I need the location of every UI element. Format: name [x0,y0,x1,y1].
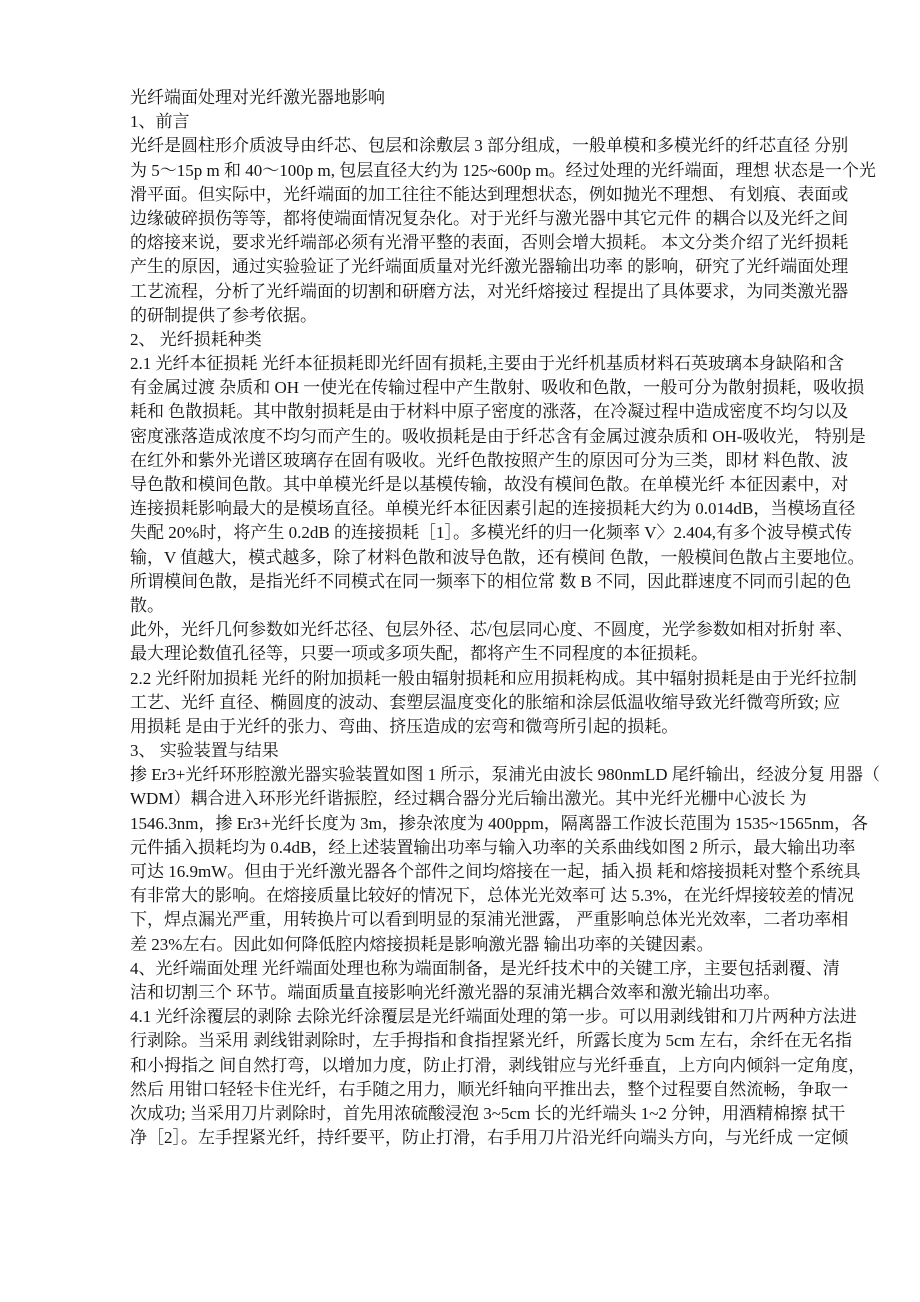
text-line-21: 所谓模间色散，是指光纤不同模式在同一频率下的相位常 数 B 不同，因此群速度不同… [130,570,800,594]
text-line-35: 下，焊点漏光严重，用转换片可以看到明显的泵浦光泄露， 严重影响总体光光效率，二者… [130,908,800,932]
text-line-5: 滑平面。但实际中，光纤端面的加工往往不能达到理想状态，例如抛光不理想、 有划痕、… [130,183,800,207]
text-line-25: 2.2 光纤附加损耗 光纤的附加损耗一般由辐射损耗和应用损耗构成。其中辐射损耗是… [130,667,800,691]
text-line-36: 差 23%左右。因此如何降低腔内熔接损耗是影响激光器 输出功率的关键因素。 [130,933,800,957]
text-line-44: 净［2］。左手捏紧光纤，持纤要平，防止打滑，右手用刀片沿光纤向端头方向，与光纤成… [130,1126,800,1150]
text-line-13: 有金属过渡 杂质和 OH 一使光在传输过程中产生散射、吸收和色散，一般可分为散射… [130,376,800,400]
text-line-12: 2.1 光纤本征损耗 光纤本征损耗即光纤固有损耗,主要由于光纤机基质材料石英玻璃… [130,352,800,376]
text-line-8: 产生的原因，通过实验验证了光纤端面质量对光纤激光器输出功率 的影响，研究了光纤端… [130,255,800,279]
text-line-7: 的熔接来说，要求光纤端部必须有光滑平整的表面，否则会增大损耗。 本文分类介绍了光… [130,231,800,255]
document-title: 光纤端面处理对光纤激光器地影响 [130,86,800,110]
text-line-20: 输，V 值越大，模式越多，除了材料色散和波导色散，还有模间 色散，一般模间色散占… [130,546,800,570]
text-line-22: 散。 [130,594,800,618]
text-line-9: 工艺流程，分析了光纤端面的切割和研磨方法，对光纤熔接过 程提出了具体要求，为同类… [130,280,800,304]
text-line-23: 此外，光纤几何参数如光纤芯径、包层外径、芯/包层同心度、不圆度，光学参数如相对折… [130,618,800,642]
text-line-39: 4.1 光纤涂覆层的剥除 去除光纤涂覆层是光纤端面处理的第一步。可以用剥线钳和刀… [130,1005,800,1029]
text-line-27: 用损耗 是由于光纤的张力、弯曲、挤压造成的宏弯和微弯所引起的损耗。 [130,715,800,739]
document-page: 光纤端面处理对光纤激光器地影响1、前言光纤是圆柱形介质波导由纤芯、包层和涂敷层 … [0,0,920,1302]
text-line-37: 4、光纤端面处理 光纤端面处理也称为端面制备，是光纤技术中的关键工序，主要包括剥… [130,957,800,981]
text-line-16: 在红外和紫外光谱区玻璃存在固有吸收。光纤色散按照产生的原因可分为三类，即材 料色… [130,449,800,473]
text-line-40: 行剥除。当采用 剥线钳剥除时，左手拇指和食指捏紧光纤，所露长度为 5cm 左右，… [130,1029,800,1053]
text-line-6: 边缘破碎损伤等等，都将使端面情况复杂化。对于光纤与激光器中其它元件 的耦合以及光… [130,207,800,231]
document-body: 光纤端面处理对光纤激光器地影响1、前言光纤是圆柱形介质波导由纤芯、包层和涂敷层 … [130,86,800,1150]
text-line-43: 次成功; 当采用刀片剥除时，首先用浓硫酸浸泡 3~5cm 长的光纤端头 1~2 … [130,1102,800,1126]
text-line-11: 2、 光纤损耗种类 [130,328,800,352]
text-line-4: 为 5〜15p m 和 40〜100p m, 包层直径大约为 125~600p … [130,159,800,183]
text-line-34: 有非常大的影响。在熔接质量比较好的情况下，总体光光效率可 达 5.3%，在光纤焊… [130,884,800,908]
text-line-10: 的研制提供了参考依据。 [130,304,800,328]
text-line-38: 洁和切割三个 环节。端面质量直接影响光纤激光器的泵浦光耦合效率和激光输出功率。 [130,981,800,1005]
text-line-18: 连接损耗影响最大的是模场直径。单模光纤本征因素引起的连接损耗大约为 0.014d… [130,497,800,521]
text-line-15: 密度涨落造成浓度不均匀而产生的。吸收损耗是由于纤芯含有金属过渡杂质和 OH-吸收… [130,425,800,449]
text-line-42: 然后 用钳口轻轻卡住光纤，右手随之用力，顺光纤轴向平推出去，整个过程要自然流畅，… [130,1078,800,1102]
text-line-41: 和小拇指之 间自然打弯，以增加力度，防止打滑，剥线钳应与光纤垂直，上方向内倾斜一… [130,1054,800,1078]
text-line-14: 耗和 色散损耗。其中散射损耗是由于材料中原子密度的涨落，在冷凝过程中造成密度不均… [130,400,800,424]
text-line-26: 工艺、光纤 直径、椭圆度的波动、套塑层温度变化的胀缩和涂层低温收缩导致光纤微弯所… [130,691,800,715]
text-line-30: WDM）耦合进入环形光纤谐振腔，经过耦合器分光后输出激光。其中光纤光栅中心波长 … [130,787,800,811]
text-line-29: 掺 Er3+光纤环形腔激光器实验装置如图 1 所示，泵浦光由波长 980nmLD… [130,763,800,787]
text-line-17: 导色散和模间色散。其中单模光纤是以基模传输，故没有模间色散。在单模光纤 本征因素… [130,473,800,497]
text-line-28: 3、 实验装置与结果 [130,739,800,763]
text-line-32: 元件插入损耗均为 0.4dB，经上述装置输出功率与输入功率的关系曲线如图 2 所… [130,836,800,860]
text-line-24: 最大理论数值孔径等，只要一项或多项失配，都将产生不同程度的本征损耗。 [130,642,800,666]
text-line-3: 光纤是圆柱形介质波导由纤芯、包层和涂敷层 3 部分组成，一般单模和多模光纤的纤芯… [130,134,800,158]
text-line-19: 失配 20%时，将产生 0.2dB 的连接损耗［1］。多模光纤的归一化频率 V〉… [130,521,800,545]
text-line-31: 1546.3nm，掺 Er3+光纤长度为 3m，掺杂浓度为 400ppm，隔离器… [130,812,800,836]
text-line-2: 1、前言 [130,110,800,134]
text-line-33: 可达 16.9mW。但由于光纤激光器各个部件之间均熔接在一起，插入损 耗和熔接损… [130,860,800,884]
